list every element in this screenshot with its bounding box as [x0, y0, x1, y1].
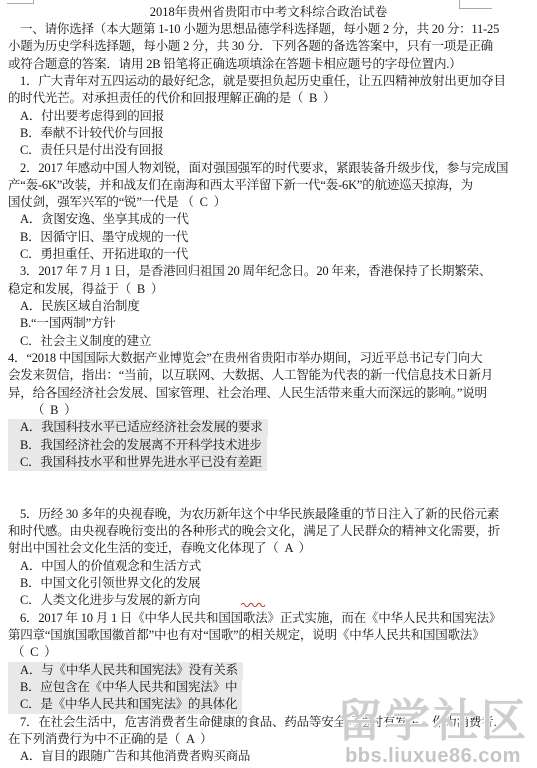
section-intro-line: 或符合题意的答案．请用 2B 铅笔将正确选项填涂在答题卡相应题号的字母位置内.） — [0, 56, 537, 73]
option-line: A．我国科技水平已适应经济社会发展的要求 — [0, 419, 537, 436]
option-line: C．我国科技水平和世界先进水平已没有差距 — [0, 454, 537, 471]
question-stem-line: 2．2017 年感动中国人物刘锐，面对强国强军的时代要求，紧跟装备升级步伐，参与… — [0, 160, 537, 177]
option-line: B．中国文化引领世界文化的发展 — [0, 575, 537, 592]
document-lines: 一、请你选择（本大题第 1-10 小题为思想品德学科选择题，每小题 2 分，共 … — [0, 21, 537, 765]
question-stem-line: 射出中国社会文化生活的变迁，春晚文化体现了（ A ） — [0, 540, 537, 557]
answer-line: （ C ） — [0, 644, 537, 661]
exam-paper-page: 2018年贵州省贵阳市中考文科综合政治试卷 一、请你选择（本大题第 1-10 小… — [0, 0, 537, 768]
option-line: A．付出要考虑得到的回报 — [0, 108, 537, 125]
question-stem-line: 6．2017 年 10 月 1 日《中华人民共和国国歌法》正式实施，而在《中华人… — [0, 610, 537, 627]
section-intro-line: 小题为历史学科选择题，每小题 2 分，共 30 分．下列各题的备选答案中，只有一… — [0, 38, 537, 55]
option-line: A．与《中华人民共和国宪法》没有关系 — [0, 662, 537, 679]
question-stem-line: 第四章“国旗国歌国徽首都”中也有对“国歌”的相关规定，说明《中华人民共和国国歌法… — [0, 627, 537, 644]
option-line: A．贪图安逸、坐享其成的一代 — [0, 211, 537, 228]
option-line: B．应包含在《中华人民共和国宪法》中 — [0, 679, 537, 696]
highlighted-option-text: C．是《中华人民共和国宪法》的具体化 — [8, 696, 242, 713]
highlighted-option-text: B．应包含在《中华人民共和国宪法》中 — [8, 679, 242, 696]
question-stem-line: 国仗剑，强军兴军的“锐”一代是 （ C ） — [0, 194, 537, 211]
spellcheck-squiggle-icon — [241, 601, 268, 607]
page-title: 2018年贵州省贵阳市中考文科综合政治试卷 — [0, 4, 537, 20]
option-line: B．因循守旧、墨守成规的一代 — [0, 229, 537, 246]
option-line: C．勇担重任、开拓进取的一代 — [0, 246, 537, 263]
option-line: C．人类文化进步与发展的新方向 — [0, 592, 537, 609]
question-stem-line: 3．2017 年 7 月 1 日，是香港回归祖国 20 周年纪念日。20 年来，… — [0, 263, 537, 280]
blank-line — [0, 471, 537, 488]
option-line: A．盲目的跟随广告和其他消费者购买商品 — [0, 748, 537, 765]
option-line: A．中国人的价值观念和生活方式 — [0, 558, 537, 575]
highlighted-option-text: C．我国科技水平和世界先进水平已没有差距 — [8, 454, 267, 471]
question-stem-line: 4．“2018 中国国际大数据产业博览会”在贵州省贵阳市举办期间，习近平总书记专… — [0, 350, 537, 367]
option-line: C．是《中华人民共和国宪法》的具体化 — [0, 696, 537, 713]
section-intro-line: 一、请你选择（本大题第 1-10 小题为思想品德学科选择题，每小题 2 分，共 … — [0, 21, 537, 38]
highlighted-option-text: B．我国经济社会的发展离不开科学技术进步 — [8, 437, 267, 454]
question-stem-line: 1．广大青年对五四运动的最好纪念，就是要担负起历史重任，让五四精神放射出更加夺目 — [0, 73, 537, 90]
answer-line: （ B ） — [0, 402, 537, 419]
highlighted-option-text: A．我国科技水平已适应经济社会发展的要求 — [8, 419, 268, 436]
highlighted-option-text: A．与《中华人民共和国宪法》没有关系 — [8, 662, 243, 679]
question-stem-line: 5．历经 30 多年的央视春晚，为农历新年这个中华民族最隆重的节日注入了新的民俗… — [0, 506, 537, 523]
question-stem-line: 异，给各国经济社会发展、国家管理、社会治理、人民生活带来重大而深远的影响。”说明 — [0, 385, 537, 402]
question-stem-line: 7．在社会生活中，危害消费者生命健康的食品、药品等安全问题时有发生。作为消费者， — [0, 714, 537, 731]
option-line: C．社会主义制度的建立 — [0, 333, 537, 350]
option-line: A．民族区域自治制度 — [0, 298, 537, 315]
question-stem-line: 产“轰-6K”改装，并和战友们在南海和西太平洋留下新一代“轰-6K”的航迹巡天掠… — [0, 177, 537, 194]
question-stem-line: 在下列消费行为中不正确的是（ A ） — [0, 731, 537, 748]
option-line: B.“一国两制”方针 — [0, 315, 537, 332]
question-stem-line: 会发来贺信，指出：“当前，以互联网、大数据、人工智能为代表的新一代信息技术日新月 — [0, 367, 537, 384]
question-stem-line: 的时代光芒。对承担责任的代价和回报理解正确的是（ B ） — [0, 90, 537, 107]
question-stem-line: 稳定和发展，得益于（ B ） — [0, 281, 537, 298]
question-stem-line: 和时代感。由央视春晚衍变出的各种形式的晚会文化，满足了人民群众的精神文化需要，折 — [0, 523, 537, 540]
option-line: B．我国经济社会的发展离不开科学技术进步 — [0, 437, 537, 454]
option-line: C．责任只是付出没有回报 — [0, 142, 537, 159]
option-line: B．奉献不计较代价与回报 — [0, 125, 537, 142]
blank-line — [0, 488, 537, 505]
